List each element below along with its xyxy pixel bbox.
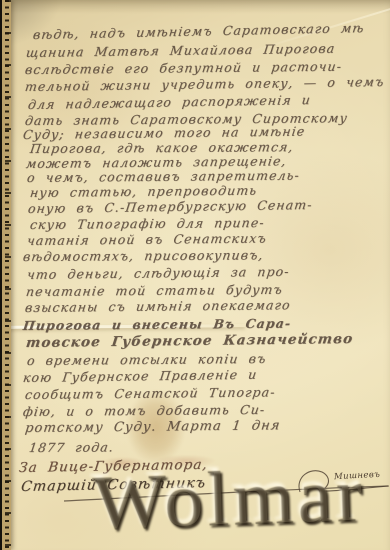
watermark-text: Wolmar	[92, 454, 368, 541]
ruler-edge	[0, 0, 11, 550]
document-page: вѣдѣ, надъ имѣніемъ Саратовскаго мѣщанин…	[0, 0, 390, 550]
